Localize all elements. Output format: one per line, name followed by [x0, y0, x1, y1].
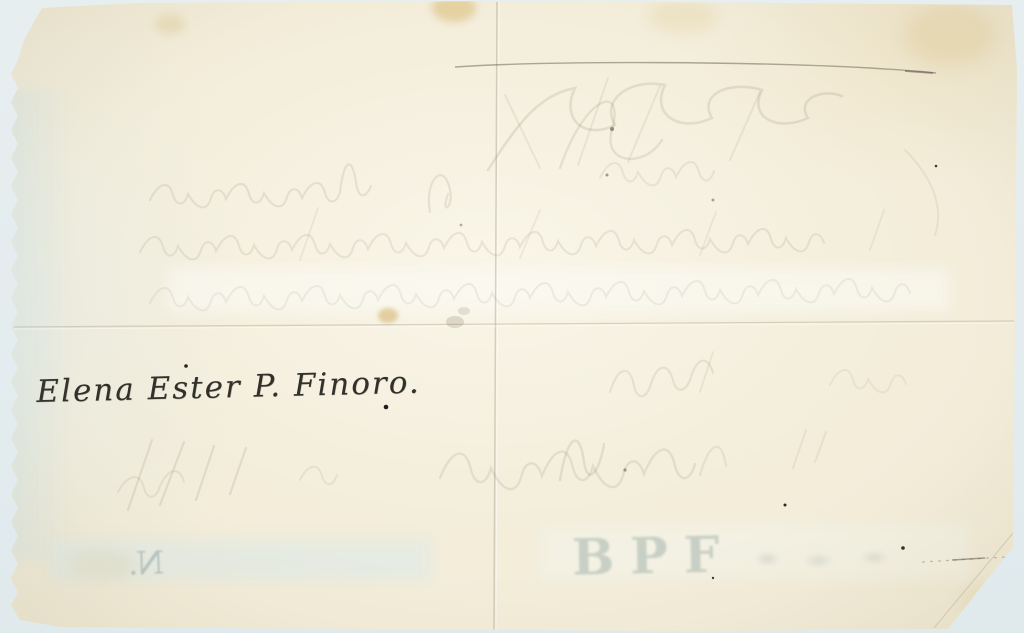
scan-background: BPF N. Elena Ester P. Finoro.	[0, 0, 1024, 633]
scan-marks-layer	[0, 0, 1024, 633]
fold-creases	[14, 2, 1014, 630]
ink-specks	[184, 127, 937, 579]
pencil-line-top	[455, 63, 936, 73]
paper-sheet: BPF N. Elena Ester P. Finoro.	[0, 0, 1024, 633]
bleedthrough-handwriting	[118, 78, 938, 510]
bleedthrough-number-digits	[742, 544, 912, 574]
bleedthrough-print-letters: BPF	[571, 524, 736, 586]
bleedthrough-number-mark: N.	[127, 543, 164, 582]
pencil-dash-bottom-right	[922, 557, 1006, 562]
